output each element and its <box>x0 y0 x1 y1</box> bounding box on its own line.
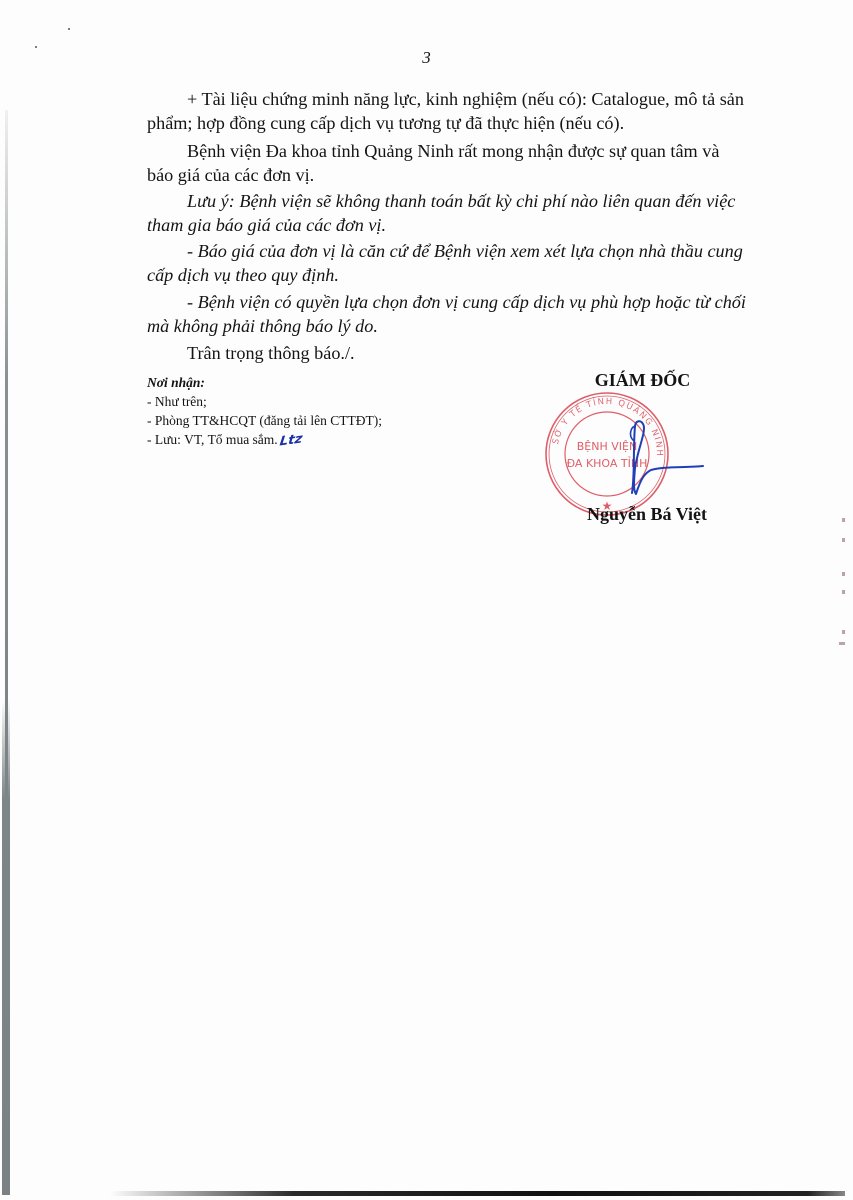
paragraph-line: Bệnh viện Đa khoa tỉnh Quảng Ninh rất mo… <box>147 139 755 163</box>
scan-edge-left-shadow <box>2 700 10 1195</box>
scan-speck <box>68 28 70 30</box>
paragraph-line: phẩm; hợp đồng cung cấp dịch vụ tương tự… <box>147 111 755 135</box>
paragraph-line: mà không phải thông báo lý do. <box>147 314 755 338</box>
signer-name: Nguyễn Bá Việt <box>577 504 717 525</box>
paragraph-line: tham gia báo giá của các đơn vị. <box>147 213 755 237</box>
handwritten-signature-icon <box>605 418 705 500</box>
recipient-item: - Như trên; <box>147 392 467 411</box>
recipients-heading: Nơi nhận: <box>147 373 467 392</box>
paragraph-request: Bệnh viện Đa khoa tỉnh Quảng Ninh rất mo… <box>147 139 755 187</box>
signer-title: GIÁM ĐỐC <box>590 370 695 391</box>
paragraph-line: - Bệnh viện có quyền lựa chọn đơn vị cun… <box>147 290 755 314</box>
paragraph-documents: + Tài liệu chứng minh năng lực, kinh ngh… <box>147 87 755 135</box>
handwritten-initials: Ltz <box>278 430 303 452</box>
recipient-item-text: - Lưu: VT, Tổ mua sắm. <box>147 432 278 447</box>
scan-edge-bottom <box>110 1191 845 1196</box>
paragraph-quote-basis: - Báo giá của đơn vị là căn cứ để Bệnh v… <box>147 239 755 287</box>
paragraph-closing: Trân trọng thông báo./. <box>147 341 755 365</box>
page-number: 3 <box>0 48 853 68</box>
recipient-item: - Phòng TT&HCQT (đăng tải lên CTTĐT); <box>147 411 467 430</box>
paragraph-line: - Báo giá của đơn vị là căn cứ để Bệnh v… <box>147 239 755 263</box>
paragraph-line: Trân trọng thông báo./. <box>147 341 755 365</box>
paragraph-line: + Tài liệu chứng minh năng lực, kinh ngh… <box>147 87 755 111</box>
recipients-block: Nơi nhận: - Như trên; - Phòng TT&HCQT (đ… <box>147 373 467 450</box>
recipient-item: - Lưu: VT, Tổ mua sắm.Ltz <box>147 430 467 450</box>
paragraph-note: Lưu ý: Bệnh viện sẽ không thanh toán bất… <box>147 189 755 237</box>
scan-edge-marks <box>838 512 850 652</box>
paragraph-right-to-choose: - Bệnh viện có quyền lựa chọn đơn vị cun… <box>147 290 755 338</box>
paragraph-line: Lưu ý: Bệnh viện sẽ không thanh toán bất… <box>147 189 755 213</box>
paragraph-line: cấp dịch vụ theo quy định. <box>147 263 755 287</box>
paragraph-line: báo giá của các đơn vị. <box>147 163 755 187</box>
